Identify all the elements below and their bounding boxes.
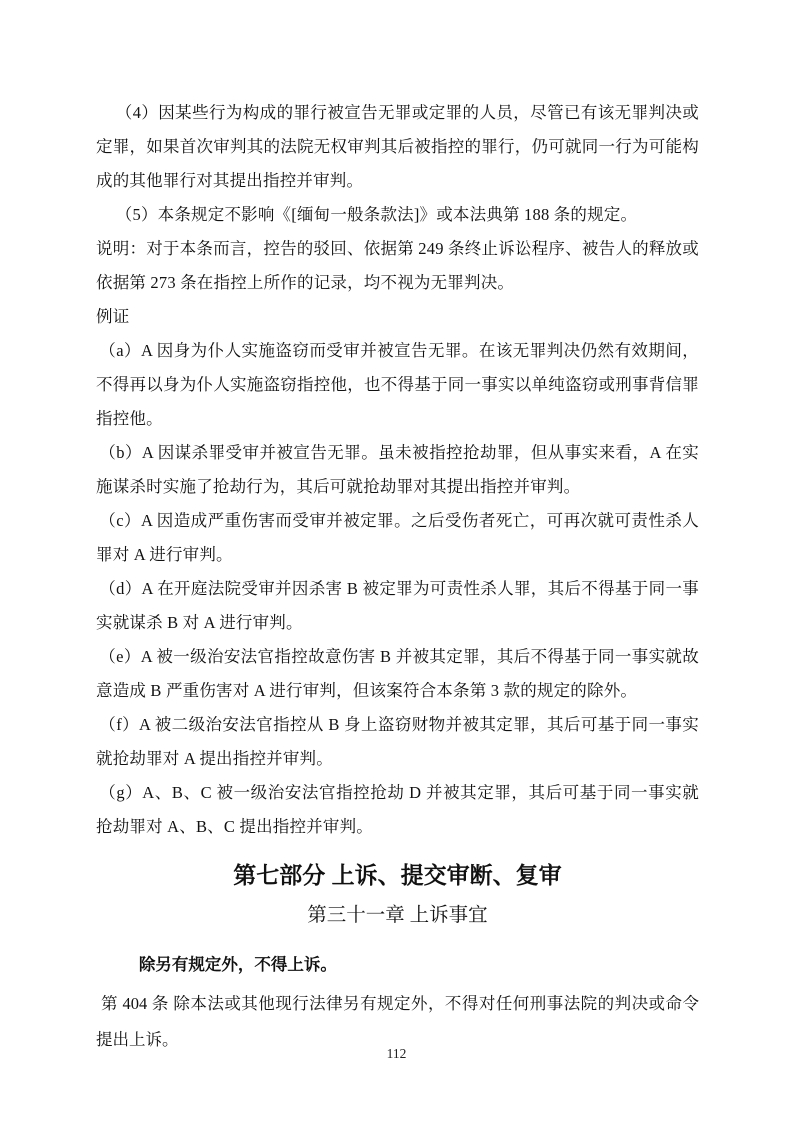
part-seven-heading: 第七部分 上诉、提交审断、复审 bbox=[96, 858, 699, 892]
example-g-paragraph: （g）A、B、C 被一级治安法官指控抢劫 D 并被其定罪，其后可基于同一事实就抢… bbox=[96, 776, 699, 844]
example-e-paragraph: （e）A 被一级治安法官指控故意伤害 B 并被其定罪，其后不得基于同一事实就故意… bbox=[96, 640, 699, 708]
document-page: （4）因某些行为构成的罪行被宣告无罪或定罪的人员，尽管已有该无罪判决或定罪，如果… bbox=[0, 0, 793, 1122]
example-f-paragraph: （f）A 被二级治安法官指控从 B 身上盗窃财物并被其定罪，其后可基于同一事实就… bbox=[96, 708, 699, 776]
clause-5-paragraph: （5）本条规定不影响《[缅甸一般条款法]》或本法典第 188 条的规定。 bbox=[96, 198, 699, 232]
clause-4-paragraph: （4）因某些行为构成的罪行被宣告无罪或定罪的人员，尽管已有该无罪判决或定罪，如果… bbox=[96, 96, 699, 198]
chapter-31-heading: 第三十一章 上诉事宜 bbox=[96, 900, 699, 932]
example-d-paragraph: （d）A 在开庭法院受审并因杀害 B 被定罪为可责性杀人罪，其后不得基于同一事实… bbox=[96, 572, 699, 640]
explanation-paragraph: 说明：对于本条而言，控告的驳回、依据第 249 条终止诉讼程序、被告人的释放或依… bbox=[96, 232, 699, 300]
example-c-paragraph: （c）A 因造成严重伤害而受审并被定罪。之后受伤者死亡，可再次就可责性杀人罪对 … bbox=[96, 504, 699, 572]
example-a-paragraph: （a）A 因身为仆人实施盗窃而受审并被宣告无罪。在该无罪判决仍然有效期间，不得再… bbox=[96, 334, 699, 436]
illustrations-label: 例证 bbox=[96, 300, 699, 334]
appeal-restriction-note: 除另有规定外，不得上诉。 bbox=[96, 948, 699, 982]
document-body: （4）因某些行为构成的罪行被宣告无罪或定罪的人员，尽管已有该无罪判决或定罪，如果… bbox=[96, 96, 699, 1058]
example-b-paragraph: （b）A 因谋杀罪受审并被宣告无罪。虽未被指控抢劫罪，但从事实来看，A 在实施谋… bbox=[96, 436, 699, 504]
page-number: 112 bbox=[0, 1046, 793, 1062]
